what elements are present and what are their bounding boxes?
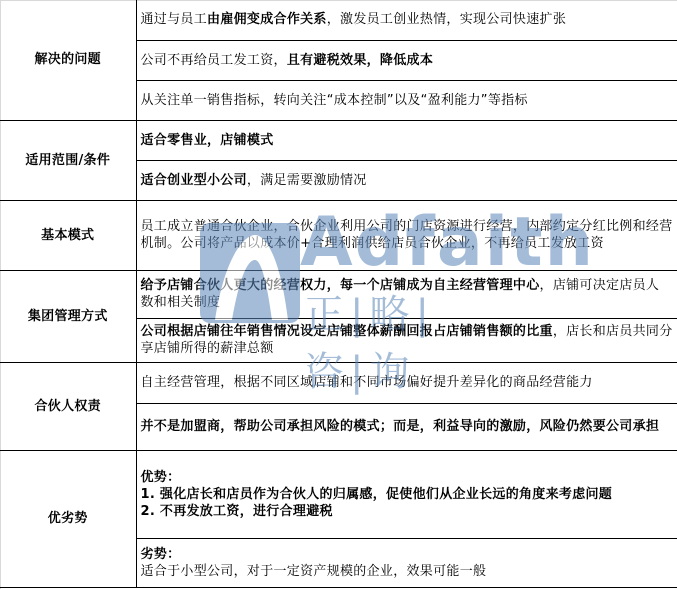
- advantage-item: 1. 强化店长和店员作为合伙人的归属感，促使他们从企业长远的角度来考虑问题: [141, 486, 673, 503]
- category-pros-cons: 优劣势: [0, 450, 136, 587]
- table-row: 集团管理方式 给予店铺合伙人更大的经营权力，每一个店铺成为自主经营管理中心，店铺…: [0, 270, 677, 318]
- text-segment: 自主经营管理，根据不同区域店铺和不同市场偏好提升差异化的商品经营能力: [141, 375, 593, 390]
- content-cell: 员工成立普通合伙企业，合伙企业利用公司的门店资源进行经营，内部约定分红比例和经营…: [136, 200, 677, 270]
- advantages-heading: 优势：: [141, 469, 673, 486]
- disadvantages-heading: 劣势：: [141, 546, 673, 563]
- text-segment: 通过与员工: [141, 12, 208, 27]
- text-segment-bold: 适合零售业，店铺模式: [141, 133, 274, 148]
- advantages-cell: 优势： 1. 强化店长和店员作为合伙人的归属感，促使他们从企业长远的角度来考虑问…: [136, 450, 677, 538]
- content-cell: 适合创业型小公司，满足需要激励情况: [136, 160, 677, 200]
- text-segment: 公司不再给员工发工资，: [141, 53, 287, 68]
- content-cell: 并不是加盟商，帮助公司承担风险的模式；而是，利益导向的激励，风险仍然要公司承担: [136, 403, 677, 450]
- category-label: 解决的问题: [34, 52, 101, 67]
- text-segment-bold: 公司根据店铺往年销售情况设定店铺整体薪酬回报占店铺销售额的比重: [141, 324, 553, 339]
- category-label: 合伙人权责: [34, 399, 101, 414]
- category-partner-rights: 合伙人权责: [0, 362, 136, 450]
- text-segment: 员工成立普通合伙企业，合伙企业利用公司的门店资源进行经营，内部约定分红比例和经营…: [141, 219, 673, 251]
- content-cell: 给予店铺合伙人更大的经营权力，每一个店铺成为自主经营管理中心，店铺可决定店员人数…: [136, 270, 677, 318]
- text-segment-bold: 并不是加盟商，帮助公司承担风险的模式；而是，利益导向的激励，风险仍然要公司承担: [141, 419, 660, 434]
- disadvantages-cell: 劣势： 适合于小型公司，对于一定资产规模的企业，效果可能一般: [136, 538, 677, 587]
- category-group-management: 集团管理方式: [0, 270, 136, 362]
- advantage-item: 2. 不再发放工资，进行合理避税: [141, 503, 673, 520]
- content-cell: 通过与员工由雇佣变成合作关系，激发员工创业热情，实现公司快速扩张: [136, 0, 677, 40]
- category-scope-conditions: 适用范围/条件: [0, 120, 136, 200]
- category-label: 适用范围/条件: [25, 153, 110, 168]
- table-row: 适用范围/条件 适合零售业，店铺模式: [0, 120, 677, 160]
- content-cell: 公司不再给员工发工资，且有避税效果，降低成本: [136, 40, 677, 80]
- disadvantage-item: 适合于小型公司，对于一定资产规模的企业，效果可能一般: [141, 563, 673, 580]
- content-cell: 适合零售业，店铺模式: [136, 120, 677, 160]
- text-segment-bold: 且有避税效果，降低成本: [287, 53, 433, 68]
- text-segment: ，满足需要激励情况: [247, 173, 367, 188]
- category-label: 优劣势: [48, 511, 88, 526]
- text-segment: ，激发员工创业热情，实现公司快速扩张: [327, 12, 566, 27]
- category-label: 基本模式: [41, 228, 94, 243]
- table-row: 解决的问题 通过与员工由雇佣变成合作关系，激发员工创业热情，实现公司快速扩张: [0, 0, 677, 40]
- partnership-model-table: 解决的问题 通过与员工由雇佣变成合作关系，激发员工创业热情，实现公司快速扩张 公…: [0, 0, 677, 588]
- content-cell: 自主经营管理，根据不同区域店铺和不同市场偏好提升差异化的商品经营能力: [136, 362, 677, 403]
- text-segment-bold: 适合创业型小公司: [141, 173, 247, 188]
- text-segment-bold: 由雇佣变成合作关系: [207, 12, 327, 27]
- category-problems-solved: 解决的问题: [0, 0, 136, 120]
- text-segment-bold: 给予店铺合伙人更大的经营权力，每一个店铺成为自主经营管理中心: [141, 278, 540, 293]
- content-cell: 公司根据店铺往年销售情况设定店铺整体薪酬回报占店铺销售额的比重，店长和店员共同分…: [136, 318, 677, 362]
- table-row: 基本模式 员工成立普通合伙企业，合伙企业利用公司的门店资源进行经营，内部约定分红…: [0, 200, 677, 270]
- category-label: 集团管理方式: [28, 309, 108, 324]
- table-row: 合伙人权责 自主经营管理，根据不同区域店铺和不同市场偏好提升差异化的商品经营能力: [0, 362, 677, 403]
- category-basic-model: 基本模式: [0, 200, 136, 270]
- text-segment: 从关注单一销售指标，转向关注“成本控制”以及“盈利能力”等指标: [141, 93, 528, 108]
- content-cell: 从关注单一销售指标，转向关注“成本控制”以及“盈利能力”等指标: [136, 80, 677, 120]
- table-row: 优劣势 优势： 1. 强化店长和店员作为合伙人的归属感，促使他们从企业长远的角度…: [0, 450, 677, 538]
